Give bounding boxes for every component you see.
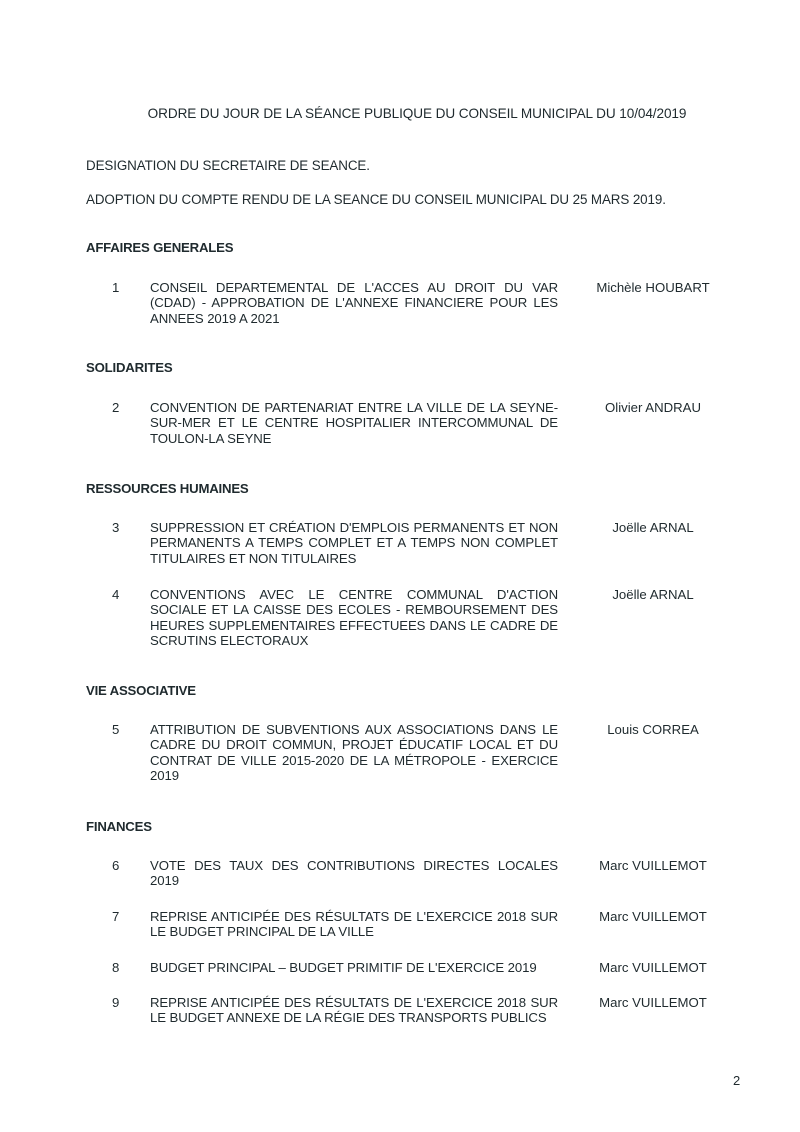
- item-rapporteur: Marc VUILLEMOT: [578, 858, 728, 873]
- item-text: VOTE DES TAUX DES CONTRIBUTIONS DIRECTES…: [150, 858, 558, 889]
- item-number: 6: [112, 858, 122, 873]
- item-text: REPRISE ANTICIPÉE DES RÉSULTATS DE L'EXE…: [150, 995, 558, 1026]
- intro-adoption: ADOPTION DU COMPTE RENDU DE LA SEANCE DU…: [86, 192, 666, 207]
- item-number: 5: [112, 722, 122, 737]
- section-heading-vie-associative: VIE ASSOCIATIVE: [86, 683, 196, 698]
- item-rapporteur: Joëlle ARNAL: [578, 520, 728, 535]
- item-rapporteur: Olivier ANDRAU: [578, 400, 728, 415]
- section-heading-ressources-humaines: RESSOURCES HUMAINES: [86, 481, 249, 496]
- section-heading-finances: FINANCES: [86, 819, 152, 834]
- page-title: ORDRE DU JOUR DE LA SÉANCE PUBLIQUE DU C…: [0, 106, 800, 121]
- intro-designation: DESIGNATION DU SECRETAIRE DE SEANCE.: [86, 158, 370, 173]
- item-rapporteur: Joëlle ARNAL: [578, 587, 728, 602]
- item-text: REPRISE ANTICIPÉE DES RÉSULTATS DE L'EXE…: [150, 909, 558, 940]
- item-text: BUDGET PRINCIPAL – BUDGET PRIMITIF DE L'…: [150, 960, 558, 975]
- item-number: 3: [112, 520, 122, 535]
- item-rapporteur: Marc VUILLEMOT: [578, 960, 728, 975]
- item-number: 7: [112, 909, 122, 924]
- item-text: SUPPRESSION ET CRÉATION D'EMPLOIS PERMAN…: [150, 520, 558, 566]
- item-number: 9: [112, 995, 122, 1010]
- item-text: CONVENTION DE PARTENARIAT ENTRE LA VILLE…: [150, 400, 558, 446]
- item-rapporteur: Marc VUILLEMOT: [578, 909, 728, 924]
- section-heading-solidarites: SOLIDARITES: [86, 360, 172, 375]
- item-rapporteur: Louis CORREA: [578, 722, 728, 737]
- item-number: 1: [112, 280, 122, 295]
- item-text: ATTRIBUTION DE SUBVENTIONS AUX ASSOCIATI…: [150, 722, 558, 783]
- item-rapporteur: Marc VUILLEMOT: [578, 995, 728, 1010]
- item-number: 8: [112, 960, 122, 975]
- item-text: CONVENTIONS AVEC LE CENTRE COMMUNAL D'AC…: [150, 587, 558, 648]
- page-number: 2: [733, 1073, 740, 1088]
- item-number: 4: [112, 587, 122, 602]
- item-number: 2: [112, 400, 122, 415]
- item-text: CONSEIL DEPARTEMENTAL DE L'ACCES AU DROI…: [150, 280, 558, 326]
- section-heading-affaires-generales: AFFAIRES GENERALES: [86, 240, 233, 255]
- item-rapporteur: Michèle HOUBART: [578, 280, 728, 295]
